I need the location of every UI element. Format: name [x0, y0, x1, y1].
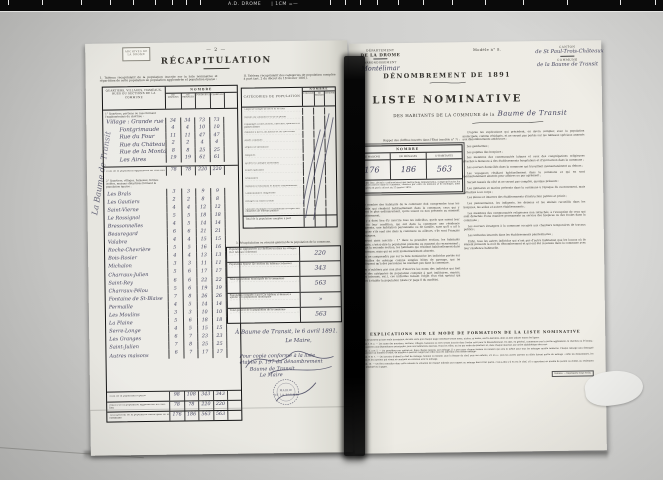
- count-value: 5: [181, 220, 196, 228]
- archive-label: A.D. DROME: [228, 2, 261, 7]
- list-item: Les gendarmes ;: [463, 143, 585, 148]
- place-name: Roche-Chevrière: [105, 247, 167, 254]
- count-value: 19: [166, 155, 181, 163]
- count-value: 13: [196, 252, 211, 260]
- body-paragraph: On ne comprendra pas sur la liste nomina…: [358, 255, 460, 267]
- count-value: 3: [182, 309, 197, 317]
- counts-table: NOMBRE DE MAISONSDE MÉNAGESD'HABITANTS 1…: [353, 144, 464, 193]
- table-total-row: Total général de la population municipal…: [107, 410, 241, 422]
- nombre-header-group: NOMBRE DE MAISONSDE MÉNAGESD'INDIVIDUSD'…: [165, 86, 237, 109]
- commune-script-name: Baume de Transit: [498, 109, 568, 118]
- summary-row: Population comptée à part (2e tableau ci…: [228, 292, 341, 309]
- count-value: 14: [196, 220, 211, 228]
- count-value: 3: [166, 188, 181, 196]
- ruler-tick: [620, 0, 621, 5]
- list-item: Les voyageurs résidant habituellement da…: [463, 170, 585, 179]
- ruler-edge-line: [0, 11, 663, 12]
- count-value: 8: [183, 342, 198, 350]
- count-value: 9: [195, 188, 210, 196]
- total-label: Total de la population agglomérée au che…: [104, 170, 166, 173]
- place-name: Saint-Rey: [105, 279, 167, 286]
- right-column-intro: D'après les explications qui précèdent, …: [462, 130, 584, 142]
- total-label: Total général de la population municipal…: [107, 414, 169, 420]
- intro-paragraph-2: II. Tableau récapitulatif des catégories…: [244, 73, 336, 86]
- column-header: CATÉGORIES DE POPULATION: [242, 88, 302, 107]
- count-value: 19: [211, 285, 226, 293]
- count-value: 5: [168, 318, 183, 326]
- printer-imprint: Valence. — Imprimerie Céas et fils.: [552, 370, 594, 376]
- ruler-tick: [523, 0, 524, 5]
- column-header: [224, 93, 237, 108]
- place-name: Rue du Château: [104, 141, 166, 148]
- explanations-section: EXPLICATIONS SUR LE MODE DE FORMATION DE…: [357, 329, 593, 370]
- count-value: 220: [195, 166, 210, 175]
- count-value: 6: [168, 350, 183, 358]
- count-value: 6: [167, 277, 182, 285]
- place-name: Charraux-Julien: [105, 271, 167, 278]
- count-value: 61: [195, 154, 210, 162]
- count-value: 3: [167, 261, 182, 269]
- obs-cell: [224, 195, 238, 203]
- right-page: DÉPARTEMENT DE LA DROME ARRONDISSEMENT M…: [349, 40, 607, 453]
- count-value: 8: [210, 196, 225, 204]
- count-value: 4: [181, 236, 196, 244]
- category-label: Séminaires: [243, 177, 303, 185]
- obs-cell: [226, 341, 240, 349]
- explanation-paragraphs: On ne portera qu'une seule inscription, …: [357, 336, 593, 369]
- count-value: 563: [426, 159, 462, 179]
- summary-value: 563: [300, 307, 341, 322]
- summary-value: 220: [299, 246, 340, 261]
- count-value: 9: [210, 187, 225, 195]
- count-value: 2: [181, 196, 196, 204]
- count-value: 21: [196, 228, 211, 236]
- ruler-bar: A.D. DROME | 1CM =—: [0, 0, 663, 11]
- obs-cell: [224, 154, 238, 162]
- place-name: Rue de la Montagne: [104, 149, 166, 156]
- left-page: ARCHIVES DELA DROME La Baume de Transit …: [85, 40, 353, 456]
- scanned-census-document: A.D. DROME | 1CM =— ARCHIVES DELA DROME …: [0, 0, 663, 480]
- rappel-caption: Rappel des chiffres inscrits dans l'État…: [366, 137, 476, 143]
- count-value: 6: [168, 334, 183, 342]
- resume-table: Population agglomérée au chef-lieu ou da…: [226, 245, 342, 324]
- count-value: 26: [211, 293, 226, 301]
- count-value: 6: [181, 228, 196, 236]
- ruler-label: A.D. DROME | 1CM =—: [228, 2, 298, 7]
- obs-cell: [225, 220, 239, 228]
- obs-cell: [224, 203, 238, 211]
- place-name: Les Granges: [106, 336, 168, 343]
- counts-values: 176186563: [354, 159, 462, 180]
- count-value: 343: [212, 391, 227, 400]
- counts-note: La présente liste, dressée conformément …: [354, 178, 462, 192]
- count-value: 7: [168, 342, 183, 350]
- count-value: 26: [197, 293, 212, 301]
- count-value: 186: [390, 160, 426, 180]
- ruler-tick: [360, 0, 361, 5]
- count-value: 19: [197, 285, 212, 293]
- column-header: D'HABITANTS: [209, 93, 224, 108]
- summary-row: Population agglomérée au chef-lieu ou da…: [227, 246, 340, 263]
- count-value: 15: [212, 325, 227, 333]
- summary-row: Population éparse (2e section du tableau…: [227, 262, 340, 279]
- place-name: Serre-Longe: [106, 328, 168, 335]
- count-value: 8: [195, 196, 210, 204]
- count-value: 15: [197, 325, 212, 333]
- count-value: 3: [182, 261, 197, 269]
- count-value: 4: [167, 253, 182, 261]
- category-label: Lycées et collèges (internats): [243, 162, 303, 170]
- agglomerated-total: Total de la population agglomérée au che…: [104, 164, 238, 176]
- place-name: Rue du Four: [103, 134, 165, 141]
- ruler-tick: [345, 0, 346, 5]
- category-label: Équipages (collectivités), casernes, qua…: [242, 123, 302, 131]
- count-value: 4: [167, 220, 182, 228]
- count-value: 25: [197, 341, 212, 349]
- place-name: Charraux-Pélou: [106, 287, 168, 294]
- place-name: La Plaine: [106, 320, 168, 327]
- count-value: 6: [182, 285, 197, 293]
- mayor-stamp: MAIRIE DE LA BAUME: [266, 377, 318, 408]
- place-name: Michalon: [105, 263, 167, 270]
- category-label: Communautés religieuses: [243, 192, 303, 200]
- count-value: 15: [210, 236, 225, 244]
- summary-value: »: [300, 292, 341, 307]
- ruler-tick: [398, 0, 399, 5]
- table-header: QUARTIERS, VILLAGES, HAMEAUX, RUES OU SE…: [103, 86, 237, 111]
- count-value: 18: [197, 317, 212, 325]
- count-value: 5: [167, 269, 182, 277]
- summary-value: 563: [299, 277, 340, 292]
- copy-note: Pour copie conforme à la listeétablie p.…: [239, 352, 329, 378]
- section-label: 2° Quartiers, villages, hameaux, fermes …: [104, 177, 166, 189]
- count-value: 3: [168, 309, 183, 317]
- count-value: 4: [168, 301, 183, 309]
- summary-label: Total général de la population de la com…: [228, 308, 300, 323]
- count-value: 98: [169, 392, 184, 401]
- census-year-title: DÉNOMBREMENT DE 1891: [350, 70, 545, 81]
- count-value: 12: [195, 204, 210, 212]
- column-header: DE FEMMES: [313, 92, 324, 106]
- obs-cell: [224, 212, 238, 220]
- count-value: 5: [167, 212, 182, 220]
- closing-date-line: À Baume de Transit, le 6 avril 1891.: [235, 328, 345, 336]
- place-name: Le Rossignol: [105, 215, 167, 222]
- column-header: D'HABITANTS: [426, 152, 462, 159]
- table-header: CATÉGORIES DE POPULATION NOMBRE D'HOMMES…: [242, 87, 335, 107]
- place-name: Les Aires: [104, 156, 166, 163]
- total-label: Total de la population éparse: [107, 395, 169, 398]
- count-value: 61: [209, 154, 224, 162]
- ruler-tick: [133, 0, 134, 5]
- count-value: 6: [182, 269, 197, 277]
- nombre-header-group: NOMBRE D'HOMMESDE FEMMESENSEMBLE: [302, 87, 335, 105]
- count-value: 563: [213, 411, 228, 420]
- count-value: 17: [211, 268, 226, 276]
- count-value: 10: [197, 309, 212, 317]
- canton-block: CANTON de St Paul-Trois-Châteaux COMMUNE…: [535, 44, 599, 68]
- underline-flourish: [470, 119, 545, 126]
- place-name: Saint-Vierne: [104, 207, 166, 214]
- count-value: 19: [180, 155, 195, 163]
- ruler-tick: [110, 0, 111, 5]
- category-label: Maisons d'arrêt, de justice et de correc…: [242, 131, 302, 139]
- ruler-tick: [377, 0, 378, 5]
- scattered-rows: Les Brals3399Les Gautiers2288Saint-Viern…: [104, 187, 240, 359]
- total-label: Total de la population comptée à part: [244, 216, 304, 228]
- right-text-column: D'après les explications qui précèdent, …: [462, 130, 587, 332]
- count-value: 5: [168, 285, 183, 293]
- count-value: 14: [211, 301, 226, 309]
- body-paragraph: Seront ainsi inscrits : 1° dans la premi…: [358, 238, 460, 254]
- count-value: 18: [195, 212, 210, 220]
- column-header: D'INDIVIDUS: [195, 93, 210, 108]
- list-item: Les ouvriers étrangers à la commune occu…: [464, 223, 586, 232]
- count-value: 5: [182, 301, 197, 309]
- place-name: Les Moulins: [106, 312, 168, 319]
- count-value: 11: [211, 260, 226, 268]
- commune-value: de la Baume de Transit: [535, 61, 599, 68]
- obs-cell: [224, 187, 238, 195]
- count-value: 17: [197, 350, 212, 358]
- summary-label: Population éparse (2e section du tableau…: [227, 262, 299, 277]
- summary-label: Total (population municipale de la commu…: [227, 277, 299, 292]
- categories-table: CATÉGORIES DE POPULATION NOMBRE D'HOMMES…: [241, 86, 338, 228]
- book-binding: [344, 56, 365, 456]
- count-value: 78: [166, 166, 181, 175]
- count-value: 4: [181, 204, 196, 212]
- ruler-tick: [485, 0, 486, 5]
- list-item: Les pensionnaires, les indigents, les dé…: [463, 201, 585, 210]
- count-value: 7: [168, 293, 183, 301]
- count-value: 23: [212, 333, 227, 341]
- count-value: 5: [167, 245, 182, 253]
- divider-rule: [373, 58, 387, 59]
- count-value: 8: [182, 293, 197, 301]
- place-name: Beauregard: [105, 231, 167, 238]
- place-name: Fontaine de St-Blaise: [106, 296, 168, 303]
- place-name: Fontgrimaude: [103, 126, 165, 133]
- subtitle-print: DES HABITANTS DE LA COMMUNE de la: [393, 112, 495, 118]
- count-value: 176: [169, 412, 184, 421]
- count-value: 2: [166, 196, 181, 204]
- ruler-tick: [186, 0, 187, 5]
- category-label: Asiles d'aliénés: [242, 139, 302, 147]
- obs-cell: [227, 411, 241, 420]
- count-value: 17: [212, 349, 227, 357]
- place-name: Saint-Julien: [106, 344, 168, 351]
- ruler-tick: [42, 0, 43, 5]
- count-value: 16: [210, 244, 225, 252]
- canton-value: de St Paul-Trois-Châteaux: [535, 48, 599, 55]
- category-label: Hospices: [243, 154, 303, 162]
- column-header: D'HOMMES: [303, 92, 314, 106]
- place-name: Autres maisons: [106, 352, 168, 359]
- count-value: 4: [167, 237, 182, 245]
- grand-totals: Total de la population éparse98108343343…: [107, 390, 241, 422]
- resume-table-title: 3. Récapitulation ou résumé général de l…: [226, 239, 341, 245]
- count-value: 7: [183, 334, 198, 342]
- count-value: 14: [210, 220, 225, 228]
- place-name: Les Brals: [104, 190, 166, 197]
- list-item: Les membres des communautés laïques et c…: [463, 155, 585, 164]
- ruler-tick: [200, 0, 201, 5]
- count-value: 22: [196, 277, 211, 285]
- body-paragraph: Le nombre des habitants de la commune do…: [357, 202, 459, 218]
- ruler-tick: [655, 0, 656, 5]
- sub-headers: D'HOMMESDE FEMMESENSEMBLE: [303, 91, 335, 105]
- place-name: Permaille: [106, 304, 168, 311]
- count-value: 15: [196, 236, 211, 244]
- ruler-tick: [423, 0, 424, 5]
- divider-rule: [560, 56, 574, 57]
- count-value: 18: [211, 317, 226, 325]
- list-item: Enfin, tous les autres individus qui n'o…: [464, 238, 586, 250]
- place-name: Bois-Rosier: [105, 255, 167, 262]
- count-value: 220: [209, 166, 224, 175]
- obs-cell: [224, 165, 238, 174]
- title-rule: [203, 68, 229, 69]
- count-value: 5: [181, 245, 196, 253]
- count-value: 14: [197, 301, 212, 309]
- obs-cell: [225, 228, 239, 236]
- count-value: 13: [211, 252, 226, 260]
- place-name: Bressonnelles: [105, 223, 167, 230]
- place-name: Les Gautiers: [104, 198, 166, 205]
- list-item: Les membres des communautés religieuses …: [464, 210, 586, 222]
- count-value: 6: [182, 277, 197, 285]
- agglomerated-rows: Village : Grande rue34347373Fontgrimaude…: [103, 116, 238, 163]
- ruler-tick: [155, 0, 156, 5]
- summary-label: Population agglomérée au chef-lieu ou da…: [227, 247, 299, 262]
- count-value: 17: [196, 269, 211, 277]
- count-value: 6: [167, 229, 182, 237]
- ruler-tick: [330, 0, 331, 5]
- category-label: Refuges ou salles d'asile: [243, 200, 303, 208]
- ruler-tick: [172, 0, 173, 5]
- count-value: 186: [184, 411, 199, 420]
- list-item: Les militaires et marins présents dans l…: [463, 186, 585, 195]
- quartiers-table: QUARTIERS, VILLAGES, HAMEAUX, RUES OU SE…: [102, 85, 243, 423]
- count-value: 18: [210, 212, 225, 220]
- column-header: DE MAISONS: [166, 94, 181, 109]
- summary-label: Population comptée à part (2e tableau ci…: [228, 292, 300, 307]
- count-value: 4: [182, 253, 197, 261]
- column-header: DE MÉNAGES: [390, 153, 426, 160]
- count-value: 23: [197, 333, 212, 341]
- count-value: 16: [196, 244, 211, 252]
- category-label: Écoles spéciales: [243, 169, 303, 177]
- table-total-row: Total de la population agglomérée au che…: [104, 164, 238, 176]
- column-header: QUARTIERS, VILLAGES, HAMEAUX, RUES OU SE…: [103, 87, 165, 110]
- column-header: DE MÉNAGES: [180, 93, 195, 108]
- count-value: 4: [166, 204, 181, 212]
- left-text-column: Le nombre des habitants de la commune do…: [357, 202, 461, 331]
- table-total-row: Total de la population éparse98108343343: [107, 390, 241, 402]
- count-value: 3: [181, 188, 196, 196]
- count-value: 25: [212, 341, 227, 349]
- category-label: Dépôts de mendicité: [243, 146, 303, 154]
- body-paragraph: On n'oubliera pas non plus d'inscrire le…: [358, 267, 460, 283]
- count-value: 108: [184, 391, 199, 400]
- category-label: Maisons d'éducation et autres communauté…: [243, 185, 303, 193]
- scale-label: | 1CM =—: [271, 2, 298, 7]
- place-name: Valabre: [105, 239, 167, 246]
- summary-row: Total (population municipale de la commu…: [227, 277, 340, 294]
- count-value: 22: [211, 276, 226, 284]
- obs-cell: [227, 391, 241, 400]
- ruler-tick: [452, 0, 453, 5]
- count-value: 10: [211, 309, 226, 317]
- count-value: 5: [183, 325, 198, 333]
- place-name: Village : Grande rue: [103, 119, 165, 126]
- column-header: ENSEMBLE: [324, 91, 335, 105]
- liste-nominative-title: LISTE NOMINATIVE: [350, 93, 545, 107]
- category-label: Marins du commerce et de la pêche: [242, 115, 302, 123]
- sub-headers: DE MAISONSDE MÉNAGESD'INDIVIDUSD'HABITAN…: [166, 93, 237, 109]
- summary-row: Total général de la population de la com…: [228, 307, 341, 323]
- count-value: 7: [183, 350, 198, 358]
- count-value: 5: [181, 212, 196, 220]
- count-value: 12: [210, 204, 225, 212]
- count-value: 563: [198, 411, 213, 420]
- neant-strokes: [300, 107, 337, 223]
- ruler-tick: [567, 0, 568, 5]
- category-label: Corps de troupe de terre et de mer: [242, 108, 302, 116]
- summary-value: 343: [299, 262, 340, 277]
- ruler-tick: [81, 0, 82, 5]
- count-value: 11: [196, 261, 211, 269]
- count-value: 21: [210, 228, 225, 236]
- form-model-label: Modèle n° 8.: [457, 47, 517, 52]
- count-value: 78: [180, 166, 195, 175]
- count-value: 6: [182, 317, 197, 325]
- count-value: 343: [198, 391, 213, 400]
- obs-cell: [226, 349, 240, 357]
- body-paragraph: Il y a donc lieu d'y inscrire tous les i…: [358, 219, 460, 238]
- category-list: Les gendarmes ;Les pupilles des hospices…: [463, 143, 586, 250]
- title-flourish: [428, 80, 468, 86]
- svg-text:MAIRIE: MAIRIE: [280, 388, 293, 392]
- ruler-tick: [8, 0, 9, 5]
- count-value: 4: [168, 326, 183, 334]
- subtitle: DES HABITANTS DE LA COMMUNE de laBaume d…: [350, 108, 610, 120]
